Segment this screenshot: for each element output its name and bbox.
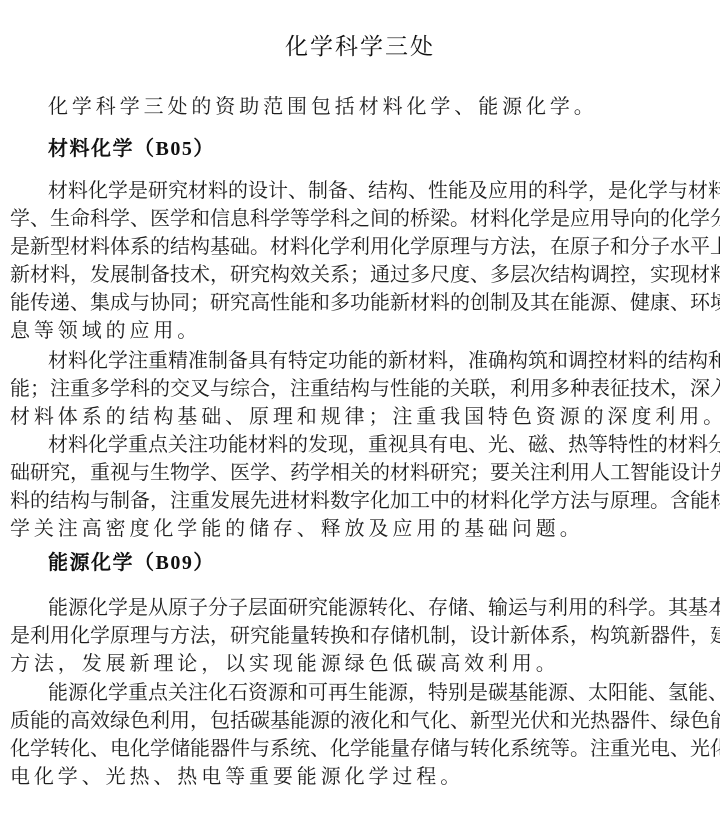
text-line: 料的结构与制备，注重发展先进材料数字化加工中的材料化学方法与原理。含能材料化	[10, 486, 710, 514]
section-heading-energy-chemistry: 能源化学（B09）	[48, 548, 215, 577]
text-line: 材料化学是研究材料的设计、制备、结构、性能及应用的科学，是化学与材料科	[48, 176, 710, 204]
text-line: 质能的高效绿色利用，包括碳基能源的液化和气化、新型光伏和光热器件、绿色能源的	[10, 706, 710, 734]
text-line: 息等领域的应用。	[10, 316, 710, 344]
text-line: 是新型材料体系的结构基础。材料化学利用化学原理与方法，在原子和分子水平上设计	[10, 232, 710, 260]
intro-paragraph: 化学科学三处的资助范围包括材料化学、能源化学。	[48, 92, 598, 120]
heading-close: ）	[193, 136, 215, 160]
discipline-code: B09	[156, 552, 194, 574]
section-heading-materials-chemistry: 材料化学（B05）	[48, 134, 215, 163]
text-line: 学关注高密度化学能的储存、释放及应用的基础问题。	[10, 514, 710, 542]
text-line: 新材料，发展制备技术，研究构效关系；通过多尺度、多层次结构调控，实现材料的功	[10, 260, 710, 288]
text-line: 化学转化、电化学储能器件与系统、化学能量存储与转化系统等。注重光电、光化学、	[10, 734, 710, 762]
page-title: 化学科学三处	[0, 31, 720, 63]
text-line: 能源化学重点关注化石资源和可再生能源，特别是碳基能源、太阳能、氢能、生物	[48, 678, 710, 706]
text-line: 能传递、集成与协同；研究高性能和多功能新材料的创制及其在能源、健康、环境和信	[10, 288, 710, 316]
text-line: 学、生命科学、医学和信息科学等学科之间的桥梁。材料化学是应用导向的化学分支，	[10, 204, 710, 232]
text-line: 是利用化学原理与方法，研究能量转换和存储机制，设计新体系，构筑新器件，建立新	[10, 621, 710, 649]
text-line: 材料化学重点关注功能材料的发现，重视具有电、光、磁、热等特性的材料分子基	[48, 430, 710, 458]
heading-text: 能源化学（	[48, 550, 156, 574]
text-line: 能；注重多学科的交叉与综合，注重结构与性能的关联，利用多种表征技术，深入探究	[10, 374, 710, 402]
text-line: 材料化学注重精准制备具有特定功能的新材料，准确构筑和调控材料的结构和性	[48, 346, 710, 374]
text-line: 方法，发展新理论，以实现能源绿色低碳高效利用。	[10, 649, 710, 677]
text-line: 础研究，重视与生物学、医学、药学相关的材料研究；要关注利用人工智能设计先进材	[10, 458, 710, 486]
heading-close: ）	[193, 550, 215, 574]
discipline-code: B05	[156, 138, 194, 160]
text-line: 电化学、光热、热电等重要能源化学过程。	[10, 762, 710, 790]
text-line: 能源化学是从原子分子层面研究能源转化、存储、输运与利用的科学。其基本任务	[48, 593, 710, 621]
document-page: 化学科学三处 化学科学三处的资助范围包括材料化学、能源化学。 材料化学（B05）…	[0, 0, 720, 840]
heading-text: 材料化学（	[48, 136, 156, 160]
text-line: 材料体系的结构基础、原理和规律；注重我国特色资源的深度利用。	[10, 402, 710, 430]
